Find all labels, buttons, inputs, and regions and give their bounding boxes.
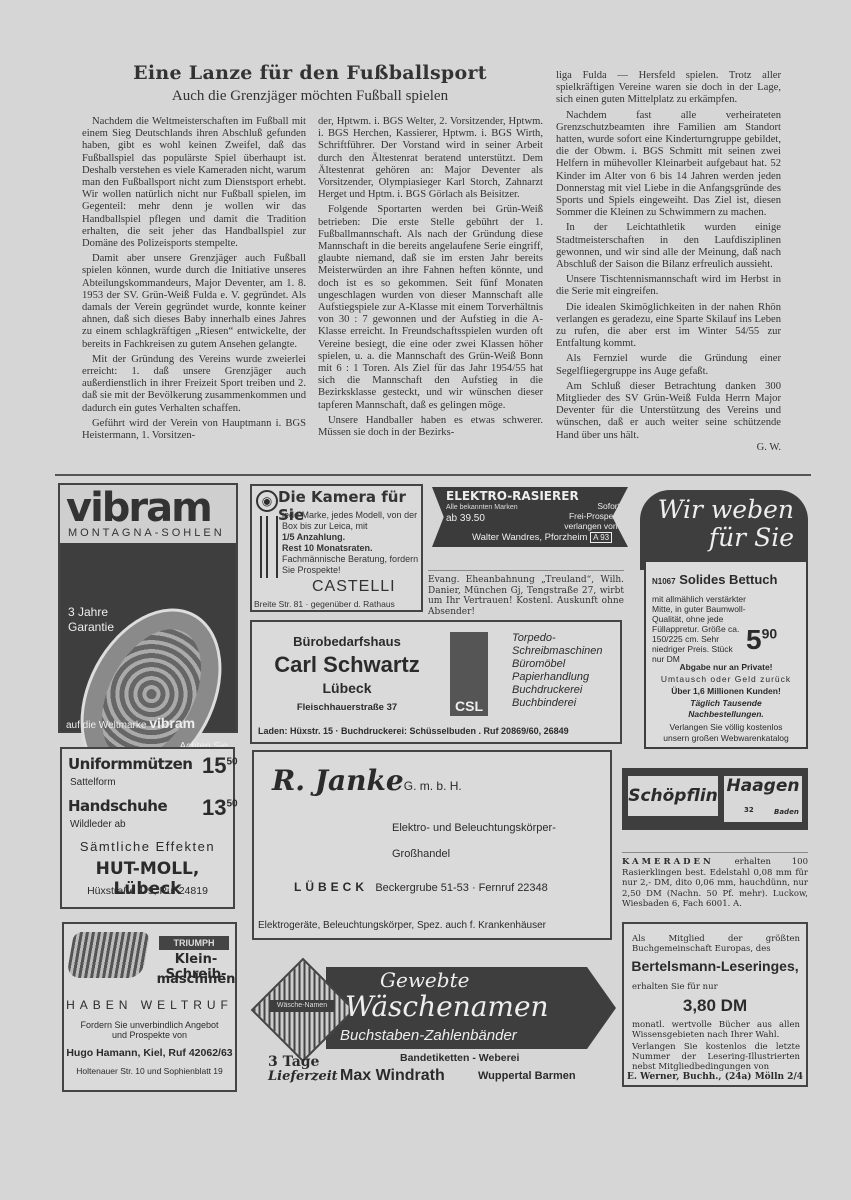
- item-name: Solides Bettuch: [679, 572, 777, 587]
- janke-city: LÜBECK: [294, 880, 368, 894]
- cents: 50: [226, 799, 237, 810]
- bertels-contact: E. Werner, Buchh., (24a) Mölln 2/4: [624, 1072, 806, 1082]
- haagen-brand: Haagen 32 Baden: [724, 776, 802, 822]
- cents: 50: [226, 757, 237, 768]
- service-item: Büromöbel: [512, 658, 603, 671]
- vibram-panel: 3 Jahre Garantie Achten Sie beim Einkauf: [60, 543, 236, 731]
- waesche-band: Bandetiketten - Weberei: [400, 1052, 519, 1064]
- service-item: Schreibmaschinen: [512, 645, 603, 658]
- ad-elektro-rasierer: ELEKTRO-RASIERER Alle bekannten Marken a…: [432, 487, 628, 547]
- triumph-logo: TRIUMPH: [159, 936, 229, 950]
- weben-line: Abgabe nur an Private!: [646, 662, 806, 673]
- weben-desc: mit allmählich verstärkter Mitte, in gut…: [652, 594, 747, 664]
- triumph-contact: Hugo Hamann, Kiel, Ruf 42062/63: [64, 1048, 235, 1058]
- janke-line1: Elektro- und Beleuchtungskörper-: [392, 822, 556, 834]
- camera-icon: ◉: [256, 490, 278, 512]
- janke-suffix: G. m. b. H.: [404, 779, 462, 793]
- ad-vibram: vibram MONTAGNA-SOHLEN 3 Jahre Garantie …: [58, 483, 238, 733]
- kamera-text: jede Marke, jedes Modell, von der Box bi…: [282, 510, 420, 576]
- kamera-brand: CASTELLI: [312, 578, 396, 596]
- triumph-request: Fordern Sie unverbindlich Angebot und Pr…: [64, 1020, 235, 1040]
- article-column-3: liga Fulda — Hersfeld spielen. Trotz all…: [556, 70, 781, 454]
- bertels-price: 3,80 DM: [624, 996, 806, 1016]
- paragraph: der, Hptwm. i. BGS Welter, 2. Vorsitzend…: [318, 116, 543, 201]
- paragraph: Geführt wird der Verein von Hauptmann i.…: [82, 418, 306, 442]
- article-column-1: Nachdem die Weltmeisterschaften im Fußba…: [82, 116, 306, 445]
- ad-triumph: TRIUMPH Klein-Schreib- maschinen HABEN W…: [62, 922, 237, 1092]
- ad-eheanbahnung: Evang. Eheanbahnung „Treuland“, Wilh. Da…: [428, 570, 624, 617]
- side-line: Frei-Prospekt: [552, 511, 620, 521]
- elektro-company: Walter Wandres, Pforzheim: [472, 532, 587, 543]
- vibram-bottom-text: auf die Weltmarke: [66, 720, 146, 731]
- schwartz-services: Torpedo- Schreibmaschinen Büromöbel Papi…: [512, 632, 603, 710]
- tage: 3 Tage: [268, 1055, 338, 1069]
- paragraph: Folgende Sportarten werden bei Grün-Weiß…: [318, 204, 543, 411]
- paragraph: Unsere Tischtennismannschaft wird im Her…: [556, 274, 781, 298]
- ad-kamera-castelli: ◉ Die Kamera für Sie jede Marke, jedes M…: [250, 484, 423, 612]
- vibram-logo: vibram: [66, 485, 211, 531]
- ad-schoepflin: Schöpflin Haagen 32 Baden: [622, 768, 808, 830]
- kamera-line: Fachmännische Beratung, fordern Sie Pros…: [282, 554, 420, 576]
- ad-hut-moll: Uniformmützen 1550 Sattelform Handschuhe…: [60, 747, 235, 909]
- schwartz-street: Fleischhauerstraße 37: [252, 702, 442, 713]
- section-divider: [55, 474, 811, 476]
- paragraph: In der Leichtathletik wurden einige Stad…: [556, 222, 781, 271]
- weben-price: 590: [746, 624, 777, 656]
- service-item: Buchdruckerei: [512, 684, 603, 697]
- lieferzeit: Lieferzeit: [268, 1069, 338, 1084]
- schoepflin-brand: Schöpflin: [628, 776, 718, 816]
- price: 13: [202, 795, 226, 820]
- side-line: Sofort: [552, 501, 620, 511]
- elektro-line1: Alle bekannten Marken: [446, 504, 518, 511]
- vibram-guarantee: 3 Jahre Garantie: [68, 605, 114, 635]
- ad-wir-weben: Wir weben für Sie N1067 Solides Bettuch …: [640, 490, 808, 750]
- paragraph: Nachdem fast alle verheirateten Grenzsch…: [556, 110, 781, 220]
- ad-kameraden: KAMERADEN erhalten 100 Rasierklingen bes…: [622, 852, 808, 910]
- weben-title-line: Wir weben: [654, 496, 794, 524]
- waesche-line1: Gewebte: [380, 968, 469, 992]
- janke-footer: Elektrogeräte, Beleuchtungskörper, Spez.…: [258, 920, 546, 931]
- vibram-bottom: auf die Weltmarke vibram: [66, 715, 195, 731]
- article-subheadline: Auch die Grenzjäger möchten Fußball spie…: [60, 88, 560, 105]
- schwartz-line1: Bürobedarfshaus: [252, 634, 442, 649]
- church-logo-icon: CSL: [450, 632, 488, 716]
- triumph-weltruf: HABEN WELTRUF: [64, 998, 235, 1012]
- bertels-intro: Als Mitglied der größten Buchgemeinschaf…: [632, 934, 800, 954]
- weben-body: N1067 Solides Bettuch mit allmählich ver…: [644, 560, 808, 749]
- bertels-desc: monatl. wertvolle Bücher aus allen Wisse…: [632, 1020, 800, 1040]
- kamera-address: Breite Str. 81 · gegenüber d. Rathaus: [254, 599, 395, 609]
- elektro-price: ab 39.50: [446, 513, 485, 524]
- item-code: N1067: [652, 577, 676, 586]
- paragraph: liga Fulda — Hersfeld spielen. Trotz all…: [556, 70, 781, 107]
- paragraph: Nachdem die Weltmeisterschaften im Fußba…: [82, 116, 306, 250]
- triumph-line2: maschinen: [156, 972, 236, 987]
- waesche-logo-label: Wäsche-Namen: [270, 1000, 334, 1012]
- kamera-line: Rest 10 Monatsraten.: [282, 543, 420, 554]
- haagen-text: Haagen: [724, 776, 802, 796]
- haagen-region: Baden: [774, 808, 799, 816]
- kamera-line: 1/5 Anzahlung.: [282, 532, 420, 543]
- weben-line: Nachbestellungen.: [646, 709, 806, 720]
- uniform-item2: Handschuhe: [68, 797, 167, 815]
- weben-line: Umtausch oder Geld zurück: [646, 674, 806, 685]
- guarantee-line: 3 Jahre: [68, 605, 114, 620]
- weben-header: Wir weben für Sie: [640, 490, 808, 570]
- price-main: 5: [746, 624, 762, 655]
- article-column-2: der, Hptwm. i. BGS Welter, 2. Vorsitzend…: [318, 116, 543, 442]
- service-item: Papierhandlung: [512, 671, 603, 684]
- paragraph: Als Fernziel wurde die Gründung einer Se…: [556, 353, 781, 377]
- uniform-price1: 1550: [202, 753, 238, 779]
- ad-r-janke: R. JankeG. m. b. H. Elektro- und Beleuch…: [252, 750, 612, 940]
- ad-carl-schwartz: Bürobedarfshaus Carl Schwartz Lübeck Fle…: [250, 620, 622, 744]
- paragraph: Die idealen Skimöglichkeiten in der nahe…: [556, 302, 781, 351]
- elektro-code: A 93: [590, 532, 612, 543]
- waesche-company: Max Windrath: [340, 1067, 445, 1085]
- weben-line: Täglich Tausende: [646, 698, 806, 709]
- janke-name: R. Janke: [272, 764, 404, 797]
- weben-title-line: für Sie: [654, 524, 794, 552]
- schwartz-city: Lübeck: [252, 680, 442, 696]
- triumph-address: Holtenauer Str. 10 und Sophienblatt 19: [64, 1066, 235, 1076]
- elektro-bottom: Walter Wandres, Pforzheim A 93: [472, 532, 612, 543]
- uniform-item1-sub: Sattelform: [70, 777, 116, 788]
- waesche-city: Wuppertal Barmen: [478, 1070, 576, 1082]
- vibram-bottom-logo: vibram: [149, 715, 195, 731]
- elektro-side: Sofort Frei-Prospekt verlangen von:: [552, 501, 620, 531]
- guarantee-line: Garantie: [68, 620, 114, 635]
- janke-logo: R. JankeG. m. b. H.: [272, 764, 462, 797]
- logo-text: CSL: [450, 698, 488, 714]
- article-headline: Eine Lanze für den Fußballsport: [60, 62, 560, 84]
- paragraph: Mit der Gründung des Vereins wurde zweie…: [82, 354, 306, 415]
- weben-line: Verlangen Sie völlig kostenlos: [646, 722, 806, 733]
- weben-item: N1067 Solides Bettuch: [652, 572, 777, 587]
- janke-line2: Großhandel: [392, 848, 450, 860]
- uniform-price2: 1350: [202, 795, 238, 821]
- weben-title: Wir weben für Sie: [654, 496, 794, 552]
- haagen-num: 32: [744, 806, 754, 814]
- waesche-delivery: 3 Tage Lieferzeit: [268, 1055, 338, 1084]
- uniform-effekten: Sämtliche Effekten: [62, 839, 233, 854]
- uniform-item1: Uniformmützen: [68, 755, 192, 773]
- kamera-line: jede Marke, jedes Modell, von der Box bi…: [282, 510, 420, 532]
- service-item: Torpedo-: [512, 632, 603, 645]
- waesche-line3: Buchstaben-Zahlenbänder: [340, 1027, 517, 1044]
- kameraden-lead: KAMERADEN: [622, 857, 714, 867]
- schwartz-footer: Laden: Hüxstr. 15 · Buchdruckerei: Schüs…: [258, 726, 569, 736]
- newspaper-page: Eine Lanze für den Fußballsport Auch die…: [0, 0, 851, 1200]
- price-cents: 90: [762, 626, 778, 642]
- side-line: verlangen von:: [552, 521, 620, 531]
- decorative-bars: [260, 516, 278, 578]
- schwartz-name: Carl Schwartz: [252, 652, 442, 678]
- typewriter-icon: [66, 932, 150, 978]
- vibram-subtitle: MONTAGNA-SOHLEN: [68, 527, 225, 539]
- uniform-item2-sub: Wildleder ab: [70, 819, 126, 830]
- uniform-address: Hüxstraße 1-9, Ruf 24819: [62, 885, 233, 897]
- bertels-preprice: erhalten Sie für nur: [632, 982, 800, 992]
- bertels-name: Bertelsmann-Leseringes,: [624, 958, 806, 974]
- paragraph: Am Schluß dieser Betrachtung danken 300 …: [556, 381, 781, 442]
- janke-city-line: LÜBECK Beckergrube 51-53 · Fernruf 22348: [294, 880, 548, 894]
- ad-bertelsmann: Als Mitglied der größten Buchgemeinschaf…: [622, 922, 808, 1087]
- weben-line: Über 1,6 Millionen Kunden!: [646, 686, 806, 697]
- weben-line: unsern großen Webwarenkatalog: [646, 733, 806, 744]
- waesche-line2: Wäschenamen: [345, 990, 549, 1023]
- paragraph: Damit aber unsere Grenzjäger auch Fußbal…: [82, 253, 306, 351]
- service-item: Buchbinderei: [512, 697, 603, 710]
- price: 15: [202, 753, 226, 778]
- janke-address: Beckergrube 51-53 · Fernruf 22348: [375, 882, 547, 894]
- paragraph: Unsere Handballer haben es etwas schwere…: [318, 415, 543, 439]
- article-signature: G. W.: [556, 442, 781, 454]
- bertels-request: Verlangen Sie kostenlos die letzte Numme…: [632, 1042, 800, 1072]
